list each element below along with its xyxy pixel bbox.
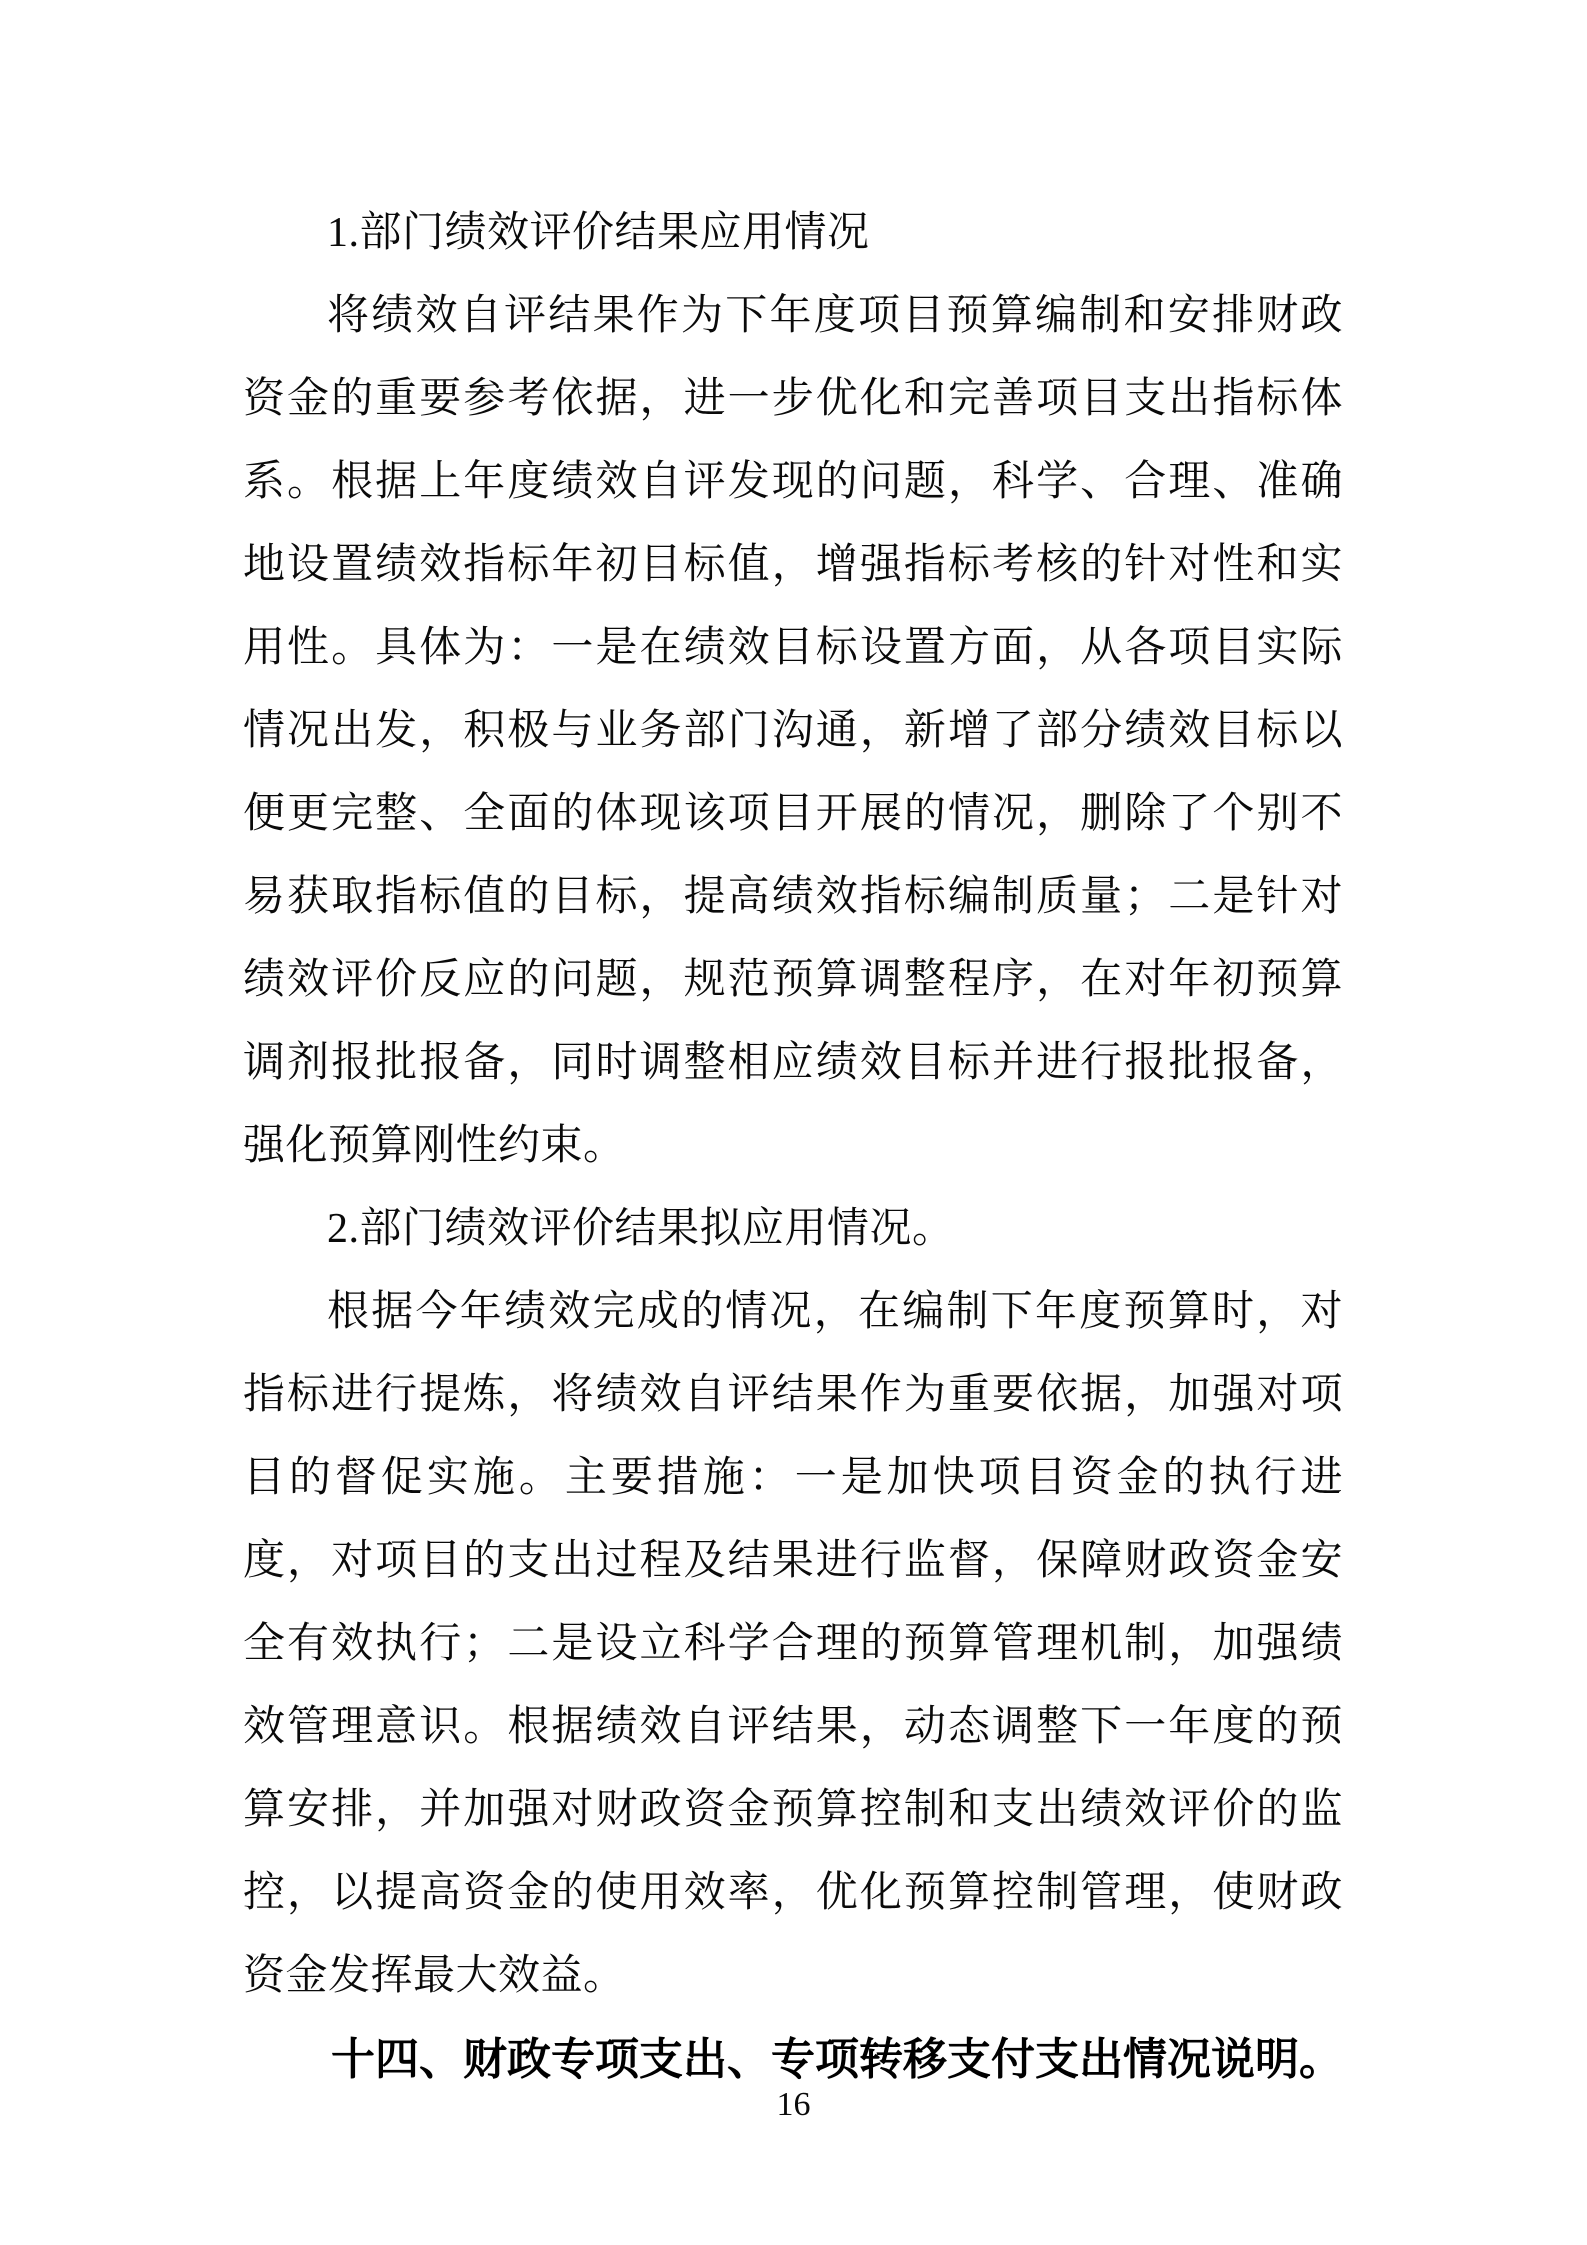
body-paragraph-2: 根据今年绩效完成的情况，在编制下年度预算时，对指标进行提炼，将绩效自评结果作为重…: [243, 1271, 1343, 2018]
body-paragraph-1: 将绩效自评结果作为下年度项目预算编制和安排财政资金的重要参考依据，进一步优化和完…: [243, 275, 1343, 1188]
page-content: 1.部门绩效评价结果应用情况 将绩效自评结果作为下年度项目预算编制和安排财政资金…: [243, 192, 1343, 2101]
page-number: 16: [0, 2085, 1587, 2125]
document-page: 1.部门绩效评价结果应用情况 将绩效自评结果作为下年度项目预算编制和安排财政资金…: [0, 0, 1587, 2245]
list-item-1-heading: 1.部门绩效评价结果应用情况: [243, 192, 1343, 275]
list-item-2-heading: 2.部门绩效评价结果拟应用情况。: [243, 1188, 1343, 1271]
